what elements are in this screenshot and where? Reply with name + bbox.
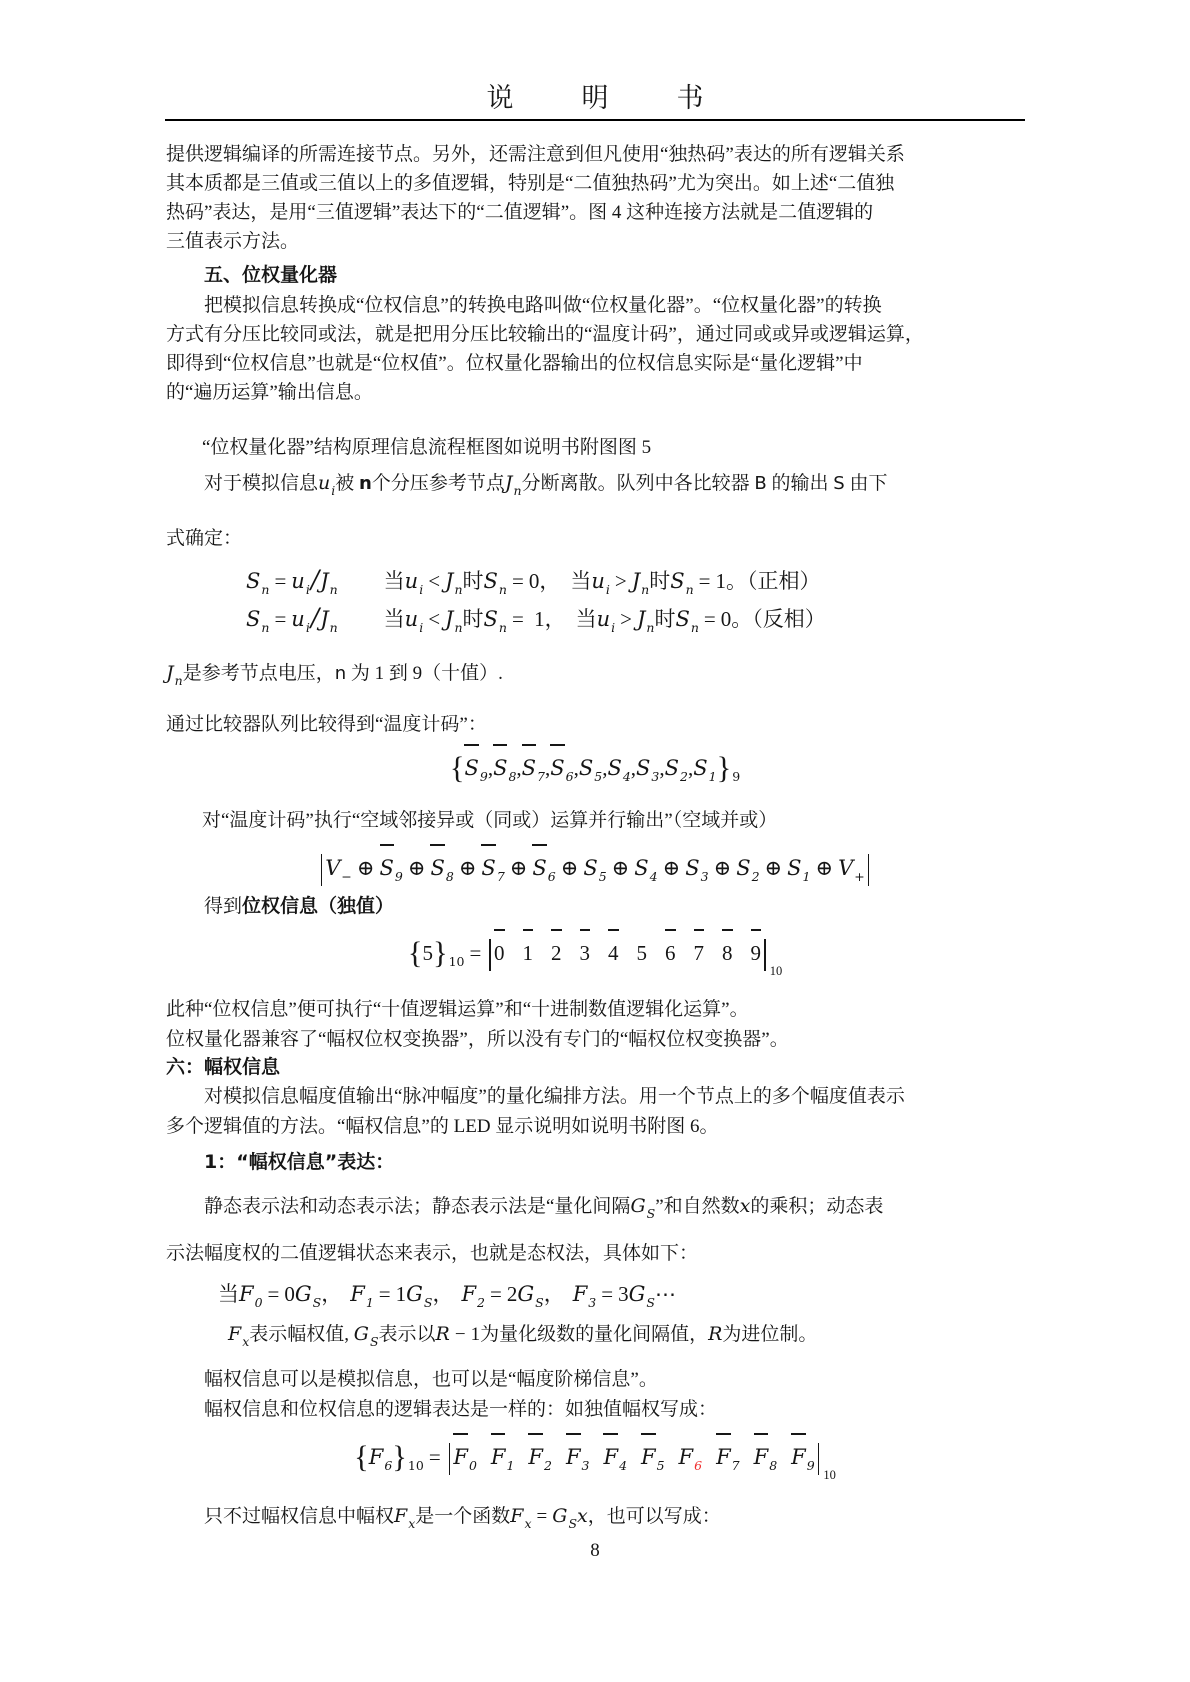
para-intro-line-3: 热码”表达，是用“三值逻辑”表达下的“二值逻辑”。图 4 这种连接方法就是二值逻… (166, 198, 1024, 227)
header-rule (165, 119, 1025, 121)
line-compatibility-line-1: 位权量化器兼容了“幅权位权变换器”，所以没有专门的“幅权位权变换器”。 (166, 1025, 1024, 1054)
heading-section-6: 六：幅权信息 (166, 1053, 1024, 1082)
para-quantizer-line-3: 即得到“位权信息”也就是“位权值”。位权量化器输出的位权信息实际是“量化逻辑”中 (166, 349, 1024, 378)
heading-amplitude-expression: 1：“幅权信息”表达： (166, 1148, 1024, 1177)
line-fx-definition-line-1: Fx表示幅权值, GS表示以R−1为量化级数的量化间隔值，R为进位制。 (228, 1318, 1086, 1358)
formula-f-series: 当F0=0GS，F1=1GS，F2=2GS，F3=3GS⋯ (218, 1276, 1076, 1321)
formula-f6-unique: {F6}10=F0F1F2F3F4F5F6F7F8F910 (166, 1432, 1024, 1498)
line-compatibility: 位权量化器兼容了“幅权位权变换器”，所以没有专门的“幅权位权变换器”。 (166, 1025, 1024, 1054)
para-quantizer-line-4: 的“遍历运算”输出信息。 (166, 378, 1024, 407)
para-amplitude-line-1: 对模拟信息幅度值输出“脉冲幅度”的量化编排方法。用一个节点上的多个幅度值表示 (166, 1082, 1024, 1112)
document-page: 说明书 提供逻辑编译的所需连接节点。另外，还需注意到但凡使用“独热码”表达的所有… (0, 0, 1190, 1682)
line-reference-voltage: Jn是参考节点电压，n 为 1 到 9（十值）. (166, 657, 1024, 697)
para-intro-line-4: 三值表示方法。 (166, 227, 1024, 256)
para-amplitude: 对模拟信息幅度值输出“脉冲幅度”的量化编排方法。用一个节点上的多个幅度值表示多个… (166, 1082, 1024, 1142)
line-determined: 式确定： (166, 524, 1024, 553)
line-determined-line-1: 式确定： (166, 524, 1024, 553)
line-analog-or-step: 幅权信息可以是模拟信息，也可以是“幅度阶梯信息”。 (166, 1365, 1024, 1394)
line-same-expression-line-1: 幅权信息和位权信息的逻辑表达是一样的：如独值幅权写成： (166, 1395, 1024, 1424)
line-spatial-xor: 对“温度计码”执行“空域邻接异或（同或）运算并行输出”（空域并或） (166, 806, 1024, 835)
para-intro: 提供逻辑编译的所需连接节点。另外，还需注意到但凡使用“独热码”表达的所有逻辑关系… (166, 140, 1024, 256)
para-intro-line-2: 其本质都是三值或三值以上的多值逻辑，特别是“二值独热码”尤为突出。如上述“二值独 (166, 169, 1024, 198)
line-discretize: 对于模拟信息ui被 n个分压参考节点Jn分断离散。队列中各比较器 B 的输出 S… (166, 468, 1024, 506)
para-quantizer: 把模拟信息转换成“位权信息”的转换电路叫做“位权量化器”。“位权量化器”的转换方… (166, 291, 1024, 407)
line-ten-value-logic-line-1: 此种“位权信息”便可执行“十值逻辑运算”和“十进制数值逻辑化运算”。 (166, 995, 1024, 1024)
line-static-method-2: 示法幅度权的二值逻辑状态来表示，也就是态权法，具体如下： (166, 1239, 1024, 1268)
heading-section-5-line-1: 五、位权量化器 (166, 261, 1024, 290)
line-static-method-2-line-1: 示法幅度权的二值逻辑状态来表示，也就是态权法，具体如下： (166, 1239, 1024, 1268)
line-same-expression: 幅权信息和位权信息的逻辑表达是一样的：如独值幅权写成： (166, 1395, 1024, 1424)
line-fx-function-line-1: 只不过幅权信息中幅权Fx是一个函数Fx=GSx，也可以写成： (166, 1500, 1024, 1540)
line-ten-value-logic: 此种“位权信息”便可执行“十值逻辑运算”和“十进制数值逻辑化运算”。 (166, 995, 1024, 1024)
heading-section-6-line-1: 六：幅权信息 (166, 1053, 1024, 1082)
line-fx-function: 只不过幅权信息中幅权Fx是一个函数Fx=GSx，也可以写成： (166, 1500, 1024, 1540)
line-get-weight-info: 得到位权信息（独值） (166, 892, 1024, 921)
formula-unique-value: {5}10=012345678910 (166, 928, 1024, 994)
formula-sn-negative-line-1: Sn=ui/Jn当ui<Jn时Sn= 1，当ui>Jn时Sn=0。（反相） (246, 600, 1104, 646)
line-static-method-1: 静态表示法和动态表示法；静态表示法是“量化间隔GS”和自然数x的乘积；动态表 (166, 1190, 1024, 1230)
heading-section-5: 五、位权量化器 (166, 261, 1024, 290)
line-get-weight-info-line-1: 得到位权信息（独值） (166, 892, 1024, 921)
formula-thermometer-code: {S9,S8,S7,S6,S5,S4,S3,S2,S1}9 (166, 743, 1024, 800)
para-quantizer-line-2: 方式有分压比较同或法，就是把用分压比较输出的“温度计码”，通过同或或异或逻辑运算… (166, 320, 1024, 349)
line-discretize-line-1: 对于模拟信息ui被 n个分压参考节点Jn分断离散。队列中各比较器 B 的输出 S… (166, 468, 1024, 506)
formula-unique-value-line-1: {5}10=012345678910 (166, 928, 1024, 994)
line-figure5-line-1: “位权量化器”结构原理信息流程框图如说明书附图图 5 (166, 433, 1024, 462)
line-analog-or-step-line-1: 幅权信息可以是模拟信息，也可以是“幅度阶梯信息”。 (166, 1365, 1024, 1394)
para-quantizer-line-1: 把模拟信息转换成“位权信息”的转换电路叫做“位权量化器”。“位权量化器”的转换 (166, 291, 1024, 320)
document-title: 说明书 (0, 76, 1190, 115)
line-reference-voltage-line-1: Jn是参考节点电压，n 为 1 到 9（十值）. (166, 657, 1024, 697)
line-fx-definition: Fx表示幅权值, GS表示以R−1为量化级数的量化间隔值，R为进位制。 (228, 1318, 1086, 1358)
line-thermometer-line-1: 通过比较器队列比较得到“温度计码”： (166, 710, 1024, 739)
line-figure5: “位权量化器”结构原理信息流程框图如说明书附图图 5 (166, 433, 1024, 462)
line-spatial-xor-line-1: 对“温度计码”执行“空域邻接异或（同或）运算并行输出”（空域并或） (166, 806, 1024, 835)
formula-thermometer-code-line-1: {S9,S8,S7,S6,S5,S4,S3,S2,S1}9 (166, 743, 1024, 800)
formula-sn-negative: Sn=ui/Jn当ui<Jn时Sn= 1，当ui>Jn时Sn=0。（反相） (246, 600, 1104, 646)
heading-amplitude-expression-line-1: 1：“幅权信息”表达： (166, 1148, 1024, 1177)
para-amplitude-line-2: 多个逻辑值的方法。“幅权信息”的 LED 显示说明如说明书附图 6。 (166, 1112, 1024, 1142)
para-intro-line-1: 提供逻辑编译的所需连接节点。另外，还需注意到但凡使用“独热码”表达的所有逻辑关系 (166, 140, 1024, 169)
line-thermometer: 通过比较器队列比较得到“温度计码”： (166, 710, 1024, 739)
formula-f-series-line-1: 当F0=0GS，F1=1GS，F2=2GS，F3=3GS⋯ (218, 1276, 1076, 1321)
formula-f6-unique-line-1: {F6}10=F0F1F2F3F4F5F6F7F8F910 (166, 1432, 1024, 1498)
line-static-method-1-line-1: 静态表示法和动态表示法；静态表示法是“量化间隔GS”和自然数x的乘积；动态表 (166, 1190, 1024, 1230)
page-number: 8 (0, 1540, 1190, 1562)
